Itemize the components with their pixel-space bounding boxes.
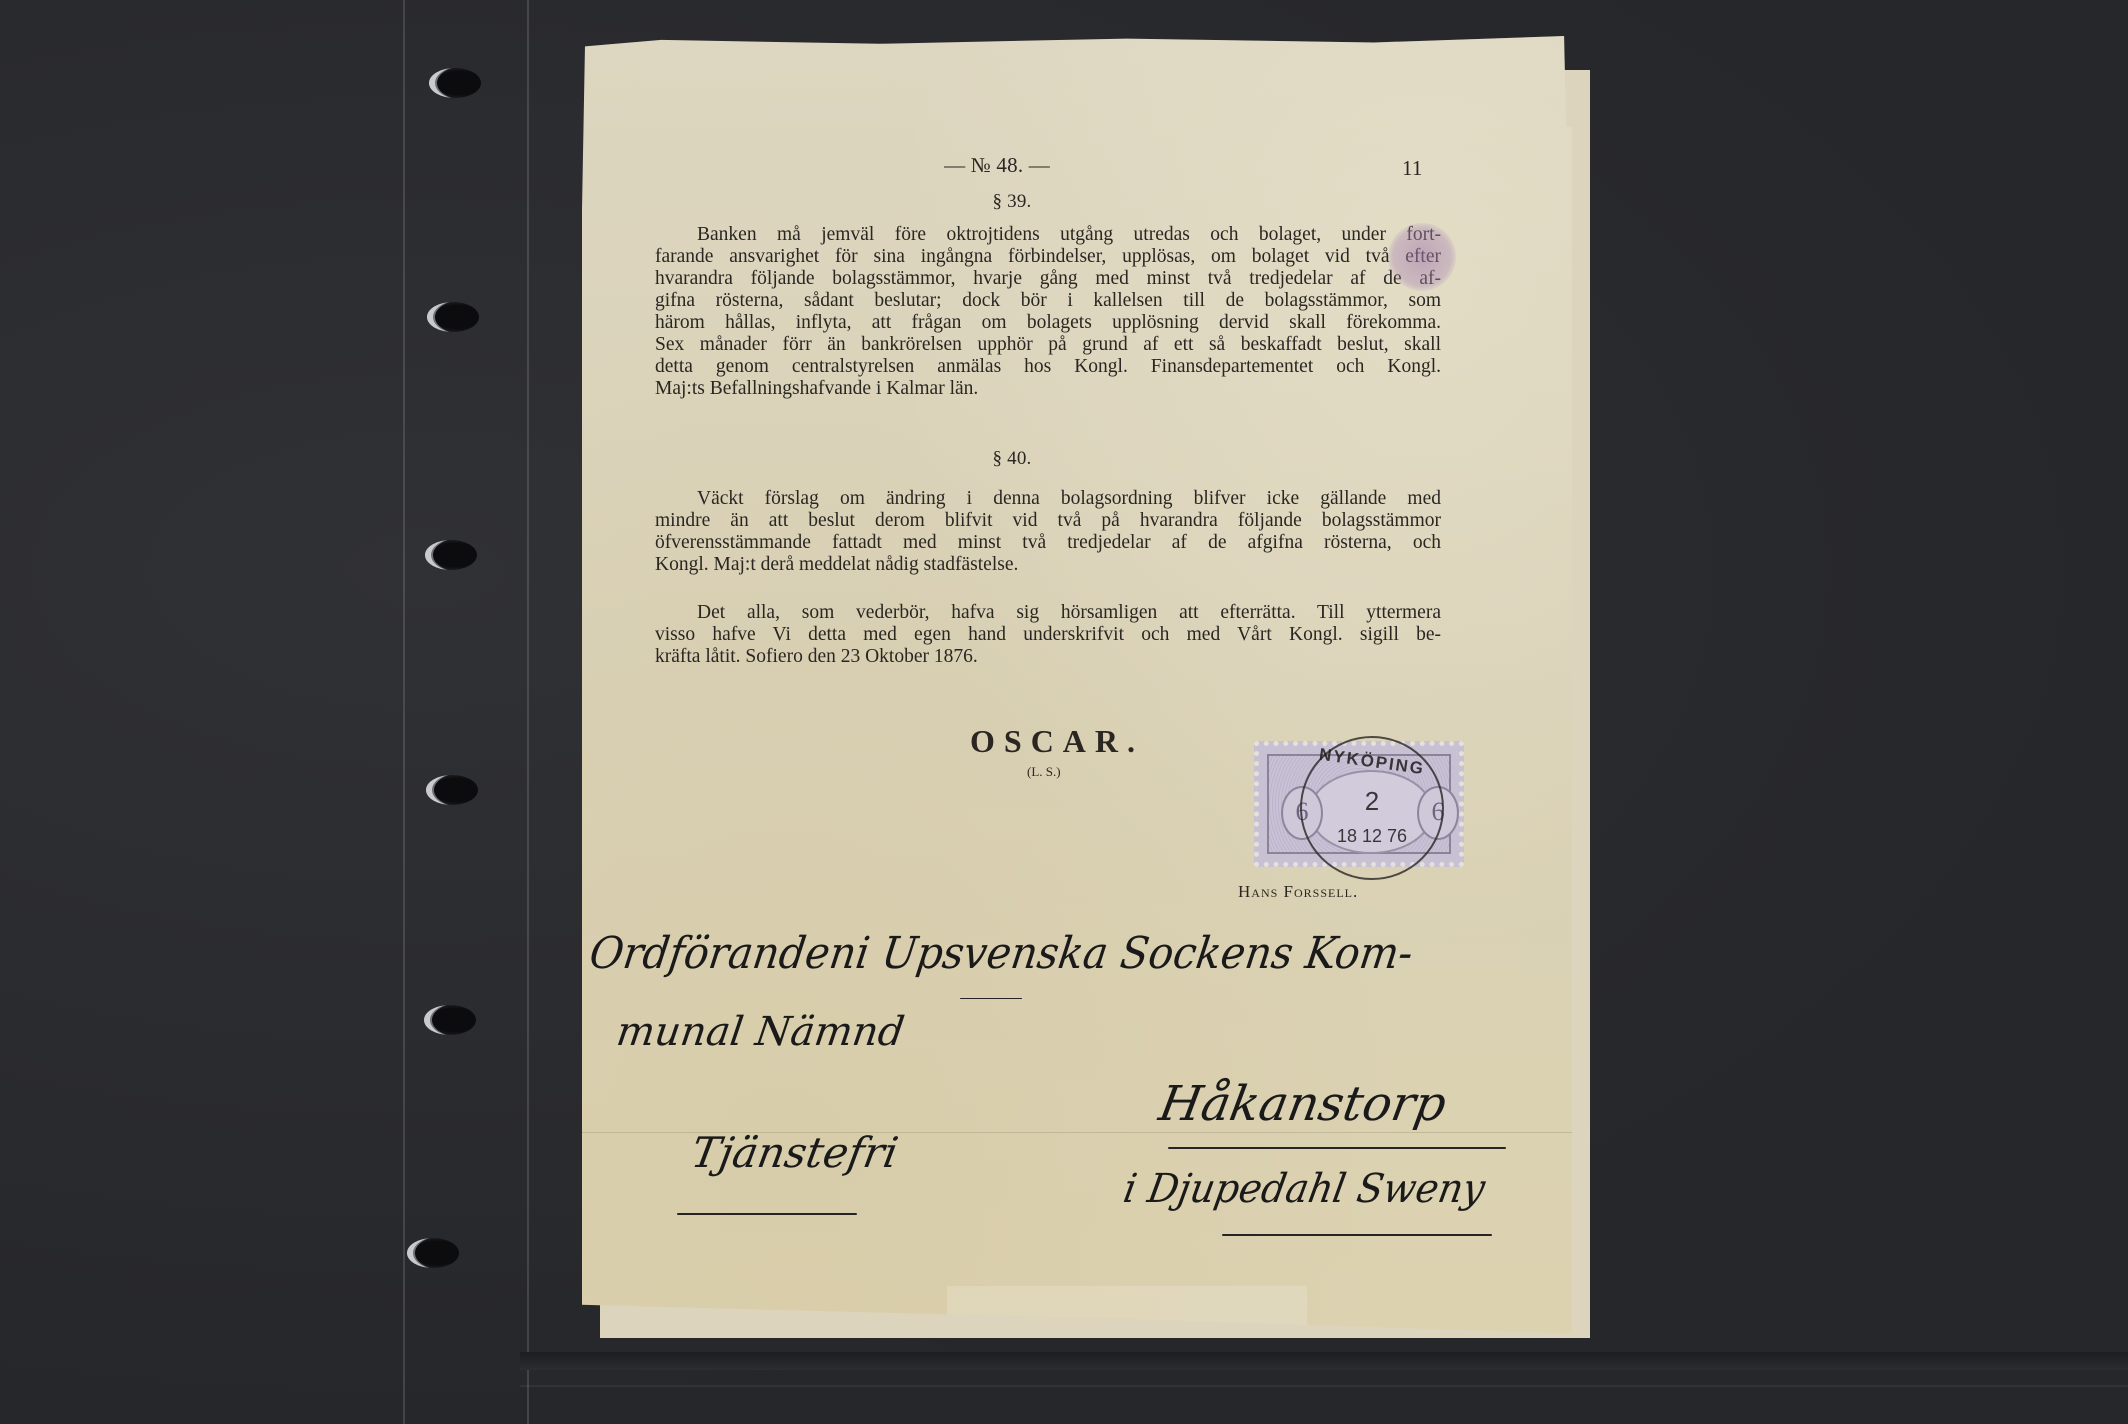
paragraph-line: farande ansvarighet för sina ingångna fö… [655, 246, 1441, 268]
paragraph-line: mindre än att beslut derom blifvit vid t… [655, 510, 1441, 532]
binder-hole [427, 302, 479, 332]
handwriting-underline [677, 1213, 857, 1215]
paragraph-line: Maj:ts Befallningshafvande i Kalmar län. [655, 378, 1441, 400]
paragraph-line: Sex månader förr än bankrörelsen upphör … [655, 334, 1441, 356]
document-number: — № 48. — [882, 153, 1112, 178]
paragraph-line: Väckt förslag om ändring i denna bolagso… [655, 488, 1441, 510]
paragraph-line: Banken må jemväl före oktrojtidens utgån… [655, 224, 1441, 246]
binder-hole [424, 1005, 476, 1035]
paragraph-line: härom hållas, inflyta, att frågan om bol… [655, 312, 1441, 334]
binder-hole [407, 1238, 459, 1268]
paragraph-line: Det alla, som vederbör, hafva sig hörsam… [655, 602, 1441, 624]
document-page: — № 48. — 11 § 39. Banken må jemväl före… [582, 36, 1572, 1336]
paragraph-line: gifna rösterna, sådant beslutar; dock bö… [655, 290, 1441, 312]
handwriting-underline [1168, 1147, 1506, 1149]
handwriting-place: Håkanstorp [1155, 1076, 1450, 1132]
paragraph-line: öfverensstämmande fattadt med minst två … [655, 532, 1441, 554]
handwriting-line-2: munal Nämnd [614, 1009, 907, 1055]
binder-hole [425, 540, 477, 570]
countersignature: Hans Forssell. [1238, 882, 1358, 902]
postmark-day: 2 [1302, 786, 1442, 817]
page-number: 11 [1402, 156, 1423, 181]
binder-hole [429, 68, 481, 98]
album-binding-line [403, 0, 405, 1424]
handwriting-line-4: i Djupedahl Sweny [1120, 1166, 1489, 1212]
paragraph-line: detta genom centralstyrelsen anmälas hos… [655, 356, 1441, 378]
paragraph-line: kräfta låtit. Sofiero den 23 Oktober 187… [655, 646, 1441, 668]
binder-hole [426, 775, 478, 805]
section-39-heading: § 39. [962, 191, 1062, 213]
handwriting-line-1: Ordförandeni Upsvenska Sockens Kom- [586, 928, 1416, 979]
postmark-cancel: NYKÖPING 2 18 12 76 [1300, 736, 1444, 880]
album-mount-ledge-edge [520, 1385, 2128, 1387]
paragraph-line: hvarandra följande bolagsstämmor, hvarje… [655, 268, 1441, 290]
postmark-date: 18 12 76 [1302, 826, 1442, 847]
locus-sigilli: (L. S.) [1027, 764, 1061, 780]
paragraph-line: visso hafve Vi detta med egen hand under… [655, 624, 1441, 646]
paragraph-line: Kongl. Maj:t derå meddelat nådig stadfäs… [655, 554, 1441, 576]
section-40-heading: § 40. [962, 448, 1062, 470]
album-binding-line [527, 0, 529, 1424]
royal-signature: OSCAR. [970, 723, 1144, 760]
handwriting-underline [1222, 1234, 1492, 1236]
handwriting-signature-left: Tjänstefri [688, 1128, 902, 1177]
album-mount-ledge [520, 1352, 2128, 1370]
handwriting-underline [960, 998, 1022, 999]
purple-seal-mark [1388, 223, 1456, 291]
